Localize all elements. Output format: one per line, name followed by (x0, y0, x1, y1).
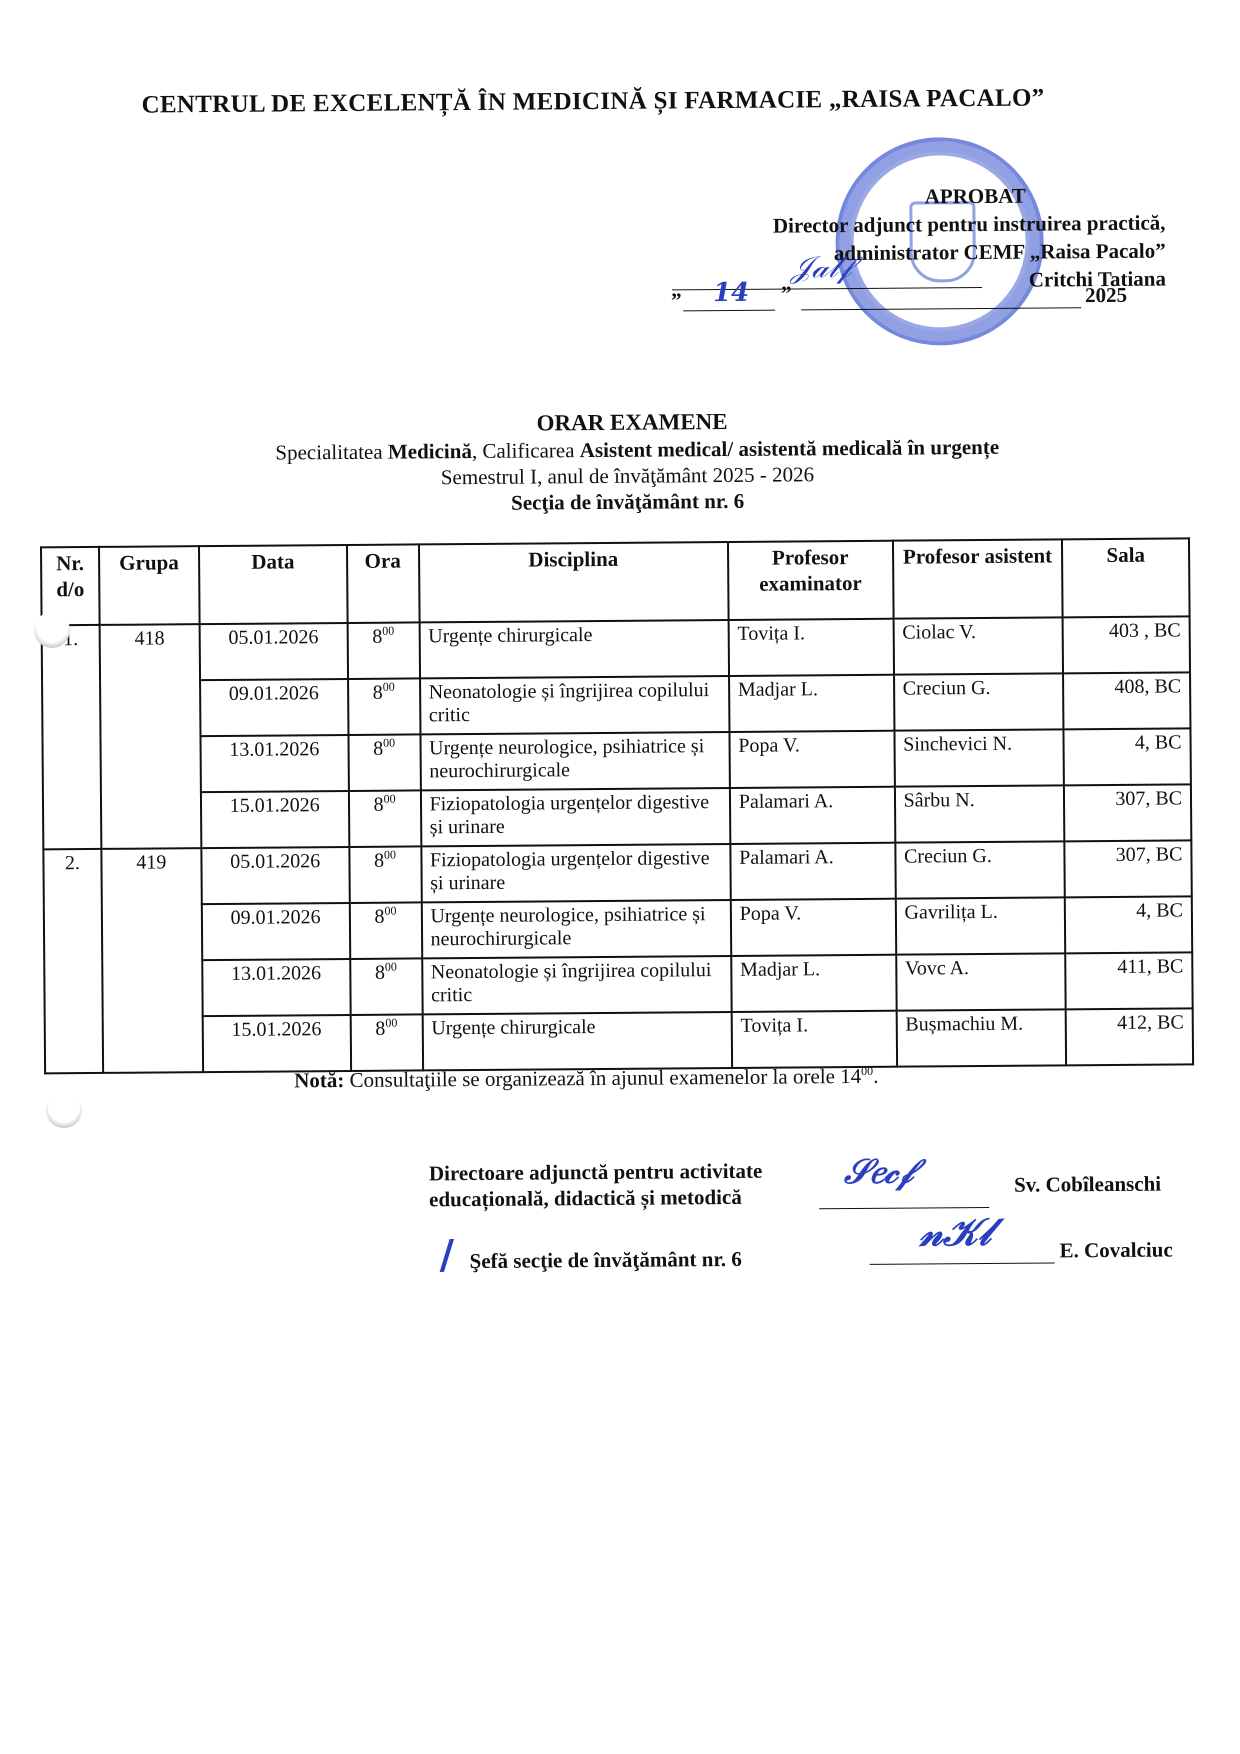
cell-discipline: Fiziopatologia urgențelor digestive și u… (421, 844, 731, 902)
time-minutes: 00 (382, 624, 394, 638)
time-hour: 8 (374, 794, 384, 816)
cell-room: 412, BC (1066, 1008, 1193, 1065)
cell-examiner: Tovița I. (728, 619, 893, 676)
qualification-value: Asistent medical/ asistentă medicală în … (580, 435, 1000, 462)
cell-nr: 2. (43, 849, 103, 1073)
cell-time: 800 (349, 846, 421, 903)
specialty-label: Specialitatea (275, 440, 388, 465)
handwritten-slash-mark: / (439, 1231, 454, 1278)
header-date: Data (199, 545, 347, 624)
cell-discipline: Neonatologie și îngrijirea copilului cri… (420, 676, 730, 734)
cell-time: 800 (349, 790, 421, 847)
signatory-2-title: Şefă secţie de învăţământ nr. 6 (470, 1247, 742, 1274)
cell-nr: 1. (42, 625, 102, 849)
time-hour: 8 (374, 906, 384, 928)
signatory-2-line (870, 1262, 1055, 1264)
cell-room: 4, BC (1064, 728, 1191, 785)
cell-examiner: Popa V. (729, 731, 894, 788)
cell-discipline: Fiziopatologia urgențelor digestive și u… (420, 788, 730, 846)
approver-position-line1: Director adjunct pentru instruirea pract… (665, 209, 1165, 241)
month-line (801, 307, 1081, 310)
cell-discipline: Urgențe neurologice, psihiatrice și neur… (421, 900, 731, 958)
signatory-2-name: E. Covalciuc (1059, 1238, 1172, 1264)
cell-time: 800 (349, 902, 421, 959)
cell-assistant: Ciolac V. (893, 617, 1063, 674)
cell-discipline: Urgențe chirurgicale (419, 620, 729, 678)
cell-group: 418 (100, 624, 202, 849)
cell-date: 13.01.2026 (202, 959, 350, 1016)
time-hour: 8 (373, 682, 383, 704)
consultation-note: Notă: Consultaţiile se organizează în aj… (294, 1064, 878, 1094)
time-minutes: 00 (383, 736, 395, 750)
time-minutes: 00 (384, 904, 396, 918)
signatory-1-title-line1: Directoare adjunctă pentru activitate (429, 1159, 763, 1187)
header-room: Sala (1062, 538, 1189, 617)
header-examiner: Profesor examinator (728, 541, 893, 620)
time-minutes: 00 (384, 848, 396, 862)
signatory-1-signature: 𝒮𝑒𝒸𝒻 (844, 1152, 913, 1193)
header-time: Ora (347, 544, 420, 623)
table-row: 13.01.2026800Neonatologie și îngrijirea … (44, 952, 1192, 1017)
header-discipline: Disciplina (419, 542, 729, 622)
table-row: 13.01.2026800Urgențe neurologice, psihia… (42, 728, 1190, 793)
signatories-block: Directoare adjunctă pentru activitate ed… (429, 1155, 1189, 1161)
cell-discipline: Urgențe neurologice, psihiatrice și neur… (420, 732, 730, 790)
cell-date: 05.01.2026 (199, 623, 347, 680)
cell-room: 411, BC (1066, 952, 1193, 1009)
approval-date: ” 14 ” 2025 (671, 283, 1141, 317)
cell-time: 800 (350, 958, 422, 1015)
cell-examiner: Madjar L. (729, 675, 894, 732)
punch-hole-bottom (46, 1092, 82, 1128)
time-hour: 8 (375, 962, 385, 984)
cell-date: 15.01.2026 (201, 791, 349, 848)
table-row: 1.41805.01.2026800Urgențe chirurgicaleTo… (42, 616, 1190, 681)
qualification-label: , Calificarea (472, 438, 580, 463)
date-open-quote: ” (671, 288, 682, 313)
cell-discipline: Neonatologie și îngrijirea copilului cri… (422, 956, 732, 1014)
approver-signature: 𝒥𝒶𝓁𝒻 (791, 250, 852, 285)
cell-date: 09.01.2026 (200, 679, 348, 736)
approved-label: APROBAT (665, 181, 1165, 213)
note-end: . (873, 1064, 878, 1088)
exam-schedule-table: Nr. d/o Grupa Data Ora Disciplina Profes… (40, 537, 1194, 1074)
cell-room: 4, BC (1065, 896, 1192, 953)
cell-date: 13.01.2026 (200, 735, 348, 792)
cell-room: 307, BC (1064, 784, 1191, 841)
table-row: 09.01.2026800Neonatologie și îngrijirea … (42, 672, 1190, 737)
header-assistant: Profesor asistent (893, 539, 1063, 618)
table-row: 09.01.2026800Urgențe neurologice, psihia… (44, 896, 1192, 961)
cell-assistant: Bușmachiu M. (896, 1009, 1066, 1066)
note-text: Consultaţiile se organizează în ajunul e… (344, 1064, 861, 1092)
cell-assistant: Creciun G. (894, 673, 1064, 730)
signatory-1-name: Sv. Cobîleanschi (1014, 1172, 1161, 1198)
cell-assistant: Vovc A. (896, 953, 1066, 1010)
cell-time: 800 (350, 1014, 422, 1071)
approval-year: 2025 (1085, 283, 1127, 308)
cell-time: 800 (348, 678, 420, 735)
note-label: Notă: (294, 1068, 344, 1092)
cell-room: 403 , BC (1063, 616, 1190, 673)
signatory-2-signature: 𝓃𝒦𝓁 (919, 1209, 991, 1256)
cell-group: 419 (101, 848, 203, 1073)
cell-room: 408, BC (1063, 672, 1190, 729)
cell-discipline: Urgențe chirurgicale (422, 1012, 732, 1070)
cell-assistant: Creciun G. (895, 841, 1065, 898)
cell-assistant: Sinchevici N. (894, 729, 1064, 786)
day-handwritten: 14 (713, 278, 749, 308)
table-header-row: Nr. d/o Grupa Data Ora Disciplina Profes… (41, 538, 1190, 625)
table-row: 2.41905.01.2026800Fiziopatologia urgențe… (43, 840, 1191, 905)
approver-position-line2: administrator CEMF „Raisa Pacalo” (666, 237, 1166, 269)
time-hour: 8 (374, 850, 384, 872)
document-page: CENTRUL DE EXCELENȚĂ ÎN MEDICINĂ ȘI FARM… (0, 0, 1240, 1754)
header-group: Grupa (99, 546, 200, 625)
time-minutes: 00 (385, 960, 397, 974)
cell-examiner: Palamari A. (730, 787, 895, 844)
time-minutes: 00 (384, 792, 396, 806)
time-hour: 8 (372, 626, 382, 648)
cell-examiner: Madjar L. (731, 955, 896, 1012)
cell-examiner: Tovița I. (731, 1011, 896, 1068)
day-line (683, 310, 775, 312)
cell-examiner: Popa V. (731, 899, 896, 956)
cell-assistant: Sârbu N. (894, 785, 1064, 842)
cell-date: 15.01.2026 (203, 1015, 351, 1072)
cell-assistant: Gavrilița L. (895, 897, 1065, 954)
table-row: 15.01.2026800Fiziopatologia urgențelor d… (43, 784, 1191, 849)
date-close-quote: ” (781, 281, 792, 306)
time-hour: 8 (373, 738, 383, 760)
signatory-1-title-line2: educațională, didactică și metodică (429, 1185, 742, 1212)
table-row: 15.01.2026800Urgențe chirurgicaleTovița … (45, 1008, 1193, 1073)
cell-date: 05.01.2026 (201, 847, 349, 904)
punch-hole-top (34, 612, 70, 648)
cell-time: 800 (348, 734, 420, 791)
note-time-sup: 00 (861, 1064, 873, 1078)
table-body: 1.41805.01.2026800Urgențe chirurgicaleTo… (42, 616, 1193, 1073)
institution-title: CENTRUL DE EXCELENȚĂ ÎN MEDICINĂ ȘI FARM… (141, 84, 1044, 119)
specialty-value: Medicină (388, 439, 472, 464)
cell-examiner: Palamari A. (730, 843, 895, 900)
time-hour: 8 (375, 1018, 385, 1040)
cell-date: 09.01.2026 (202, 903, 350, 960)
time-minutes: 00 (385, 1016, 397, 1030)
cell-time: 800 (347, 622, 419, 679)
time-minutes: 00 (383, 680, 395, 694)
cell-room: 307, BC (1065, 840, 1192, 897)
